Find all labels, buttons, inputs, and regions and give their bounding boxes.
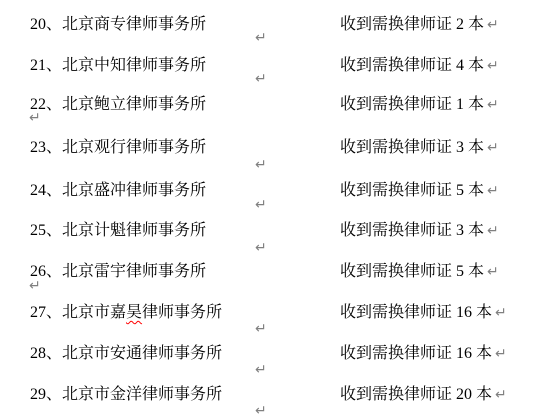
certificate-count: 收到需换律师证 3 本↵ (340, 134, 499, 157)
paragraph-mark-icon: ↵ (29, 111, 41, 125)
entry-number: 28、 (30, 345, 62, 362)
firm-name: 北京盛冲律师事务所 (62, 182, 206, 199)
list-item: 22、北京鲍立律师事务所 收到需换律师证 1 本↵ (0, 91, 552, 111)
certificate-count-text: 收到需换律师证 4 本 (340, 57, 484, 74)
list-item: 24、北京盛冲律师事务所 收到需换律师证 5 本↵ (0, 177, 552, 197)
firm-entry: 24、北京盛冲律师事务所 (30, 177, 206, 200)
certificate-count-text: 收到需换律师证 2 本 (340, 16, 484, 33)
entry-number: 27、 (30, 304, 62, 321)
certificate-count-text: 收到需换律师证 16 本 (340, 345, 492, 362)
entry-number: 29、 (30, 386, 62, 403)
certificate-count: 收到需换律师证 16 本↵ (340, 340, 507, 363)
firm-entry: 23、北京观行律师事务所 (30, 134, 206, 157)
certificate-count-text: 收到需换律师证 1 本 (340, 96, 484, 113)
firm-name: 北京计魁律师事务所 (62, 222, 206, 239)
certificate-count-text: 收到需换律师证 20 本 (340, 386, 492, 403)
certificate-count: 收到需换律师证 20 本↵ (340, 381, 507, 404)
firm-name: 北京市安通律师事务所 (62, 345, 222, 362)
certificate-count: 收到需换律师证 16 本↵ (340, 299, 507, 322)
entry-number: 24、 (30, 182, 62, 199)
firm-name: 北京雷宇律师事务所 (62, 263, 206, 280)
paragraph-mark-icon: ↵ (255, 363, 267, 377)
paragraph-mark-icon: ↵ (495, 346, 507, 362)
paragraph-mark-icon: ↵ (495, 305, 507, 321)
certificate-count-text: 收到需换律师证 5 本 (340, 182, 484, 199)
list-item: 27、北京市嘉昊律师事务所 收到需换律师证 16 本↵ (0, 299, 552, 319)
certificate-count-text: 收到需换律师证 3 本 (340, 222, 484, 239)
firm-name: 北京鲍立律师事务所 (62, 96, 206, 113)
paragraph-mark-icon: ↵ (487, 17, 499, 33)
firm-name: 北京商专律师事务所 (62, 16, 206, 33)
firm-entry: 26、北京雷宇律师事务所 (30, 258, 206, 281)
paragraph-mark-icon: ↵ (487, 140, 499, 156)
paragraph-mark-icon: ↵ (487, 97, 499, 113)
entry-number: 20、 (30, 16, 62, 33)
firm-entry: 20、北京商专律师事务所 (30, 11, 206, 34)
firm-name: 北京市金洋律师事务所 (62, 386, 222, 403)
list-item: 25、北京计魁律师事务所 收到需换律师证 3 本↵ (0, 217, 552, 237)
certificate-count: 收到需换律师证 5 本↵ (340, 258, 499, 281)
firm-name-suffix: 律师事务所 (142, 304, 222, 321)
paragraph-mark-icon: ↵ (255, 31, 267, 45)
list-item: 26、北京雷宇律师事务所 收到需换律师证 5 本↵ (0, 258, 552, 278)
firm-name-misspelled: 昊 (126, 304, 142, 321)
paragraph-mark-icon: ↵ (487, 58, 499, 74)
list-item: 28、北京市安通律师事务所 收到需换律师证 16 本↵ (0, 340, 552, 360)
firm-name: 北京市嘉 (62, 304, 126, 321)
entry-number: 25、 (30, 222, 62, 239)
firm-entry: 22、北京鲍立律师事务所 (30, 91, 206, 114)
list-item: 23、北京观行律师事务所 收到需换律师证 3 本↵ (0, 134, 552, 154)
certificate-count-text: 收到需换律师证 5 本 (340, 263, 484, 280)
certificate-count: 收到需换律师证 3 本↵ (340, 217, 499, 240)
certificate-count-text: 收到需换律师证 16 本 (340, 304, 492, 321)
firm-name: 北京中知律师事务所 (62, 57, 206, 74)
paragraph-mark-icon: ↵ (255, 322, 267, 336)
paragraph-mark-icon: ↵ (255, 241, 267, 255)
paragraph-mark-icon: ↵ (255, 198, 267, 212)
paragraph-mark-icon: ↵ (495, 387, 507, 403)
entry-number: 21、 (30, 57, 62, 74)
certificate-count: 收到需换律师证 2 本↵ (340, 11, 499, 34)
certificate-count: 收到需换律师证 1 本↵ (340, 91, 499, 114)
paragraph-mark-icon: ↵ (255, 158, 267, 172)
firm-entry: 29、北京市金洋律师事务所 (30, 381, 222, 404)
paragraph-mark-icon: ↵ (487, 264, 499, 280)
list-item: 29、北京市金洋律师事务所 收到需换律师证 20 本↵ (0, 381, 552, 401)
paragraph-mark-icon: ↵ (255, 404, 267, 415)
certificate-count: 收到需换律师证 5 本↵ (340, 177, 499, 200)
list-item: 20、北京商专律师事务所 收到需换律师证 2 本↵ (0, 11, 552, 31)
list-item: 21、北京中知律师事务所 收到需换律师证 4 本↵ (0, 52, 552, 72)
paragraph-mark-icon: ↵ (487, 223, 499, 239)
paragraph-mark-icon: ↵ (255, 72, 267, 86)
firm-entry: 25、北京计魁律师事务所 (30, 217, 206, 240)
firm-entry: 27、北京市嘉昊律师事务所 (30, 299, 222, 322)
paragraph-mark-icon: ↵ (255, 0, 267, 4)
entry-number: 23、 (30, 139, 62, 156)
certificate-count-text: 收到需换律师证 3 本 (340, 139, 484, 156)
certificate-count: 收到需换律师证 4 本↵ (340, 52, 499, 75)
document-page: 20、北京商专律师事务所 收到需换律师证 2 本↵ 21、北京中知律师事务所 收… (0, 0, 552, 415)
paragraph-mark-icon: ↵ (487, 183, 499, 199)
firm-entry: 28、北京市安通律师事务所 (30, 340, 222, 363)
firm-entry: 21、北京中知律师事务所 (30, 52, 206, 75)
paragraph-mark-icon: ↵ (29, 279, 41, 293)
firm-name: 北京观行律师事务所 (62, 139, 206, 156)
